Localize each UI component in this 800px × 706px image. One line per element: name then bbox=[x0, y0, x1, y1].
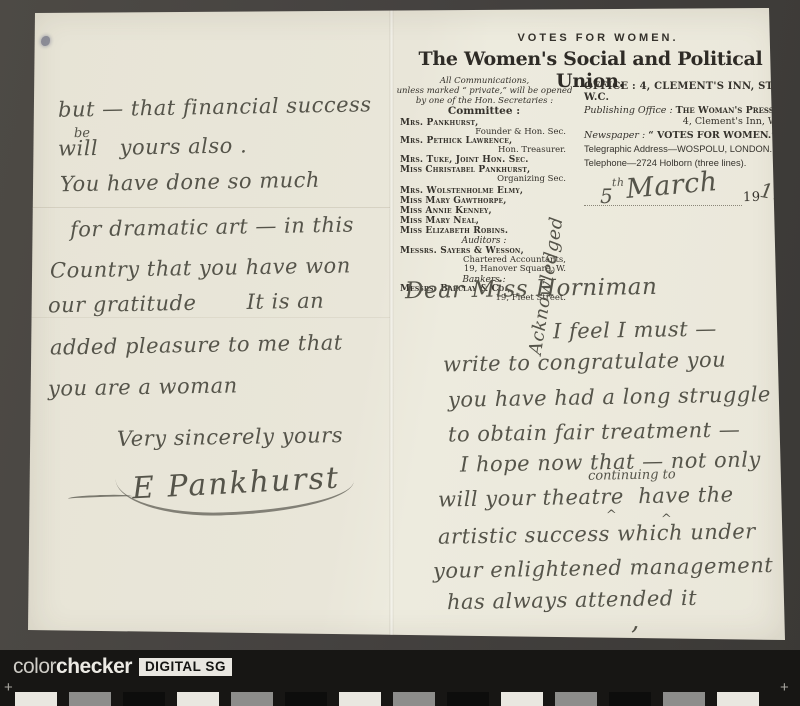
signature-pen-stroke bbox=[68, 494, 132, 501]
handwritten-line: Country that you have won bbox=[50, 253, 351, 282]
color-patch-gray bbox=[555, 692, 597, 706]
color-patch-white bbox=[15, 692, 57, 706]
handwritten-line: but — that financial success bbox=[58, 92, 372, 121]
committee-member-name: Miss Mary Gawthorpe, bbox=[400, 197, 568, 206]
communications-note-line: All Communications, bbox=[392, 76, 577, 86]
crease-line bbox=[28, 317, 390, 319]
communications-note: All Communications, unless marked “ priv… bbox=[392, 76, 577, 106]
handwritten-line: has always attended it bbox=[447, 586, 697, 614]
handwritten-line: I feel I must — bbox=[553, 317, 717, 344]
handwritten-line: your enlightened management bbox=[433, 553, 774, 583]
color-patch-gray bbox=[69, 692, 111, 706]
inserted-words-continuing-to: continuing to bbox=[588, 467, 676, 484]
signature-flourish bbox=[115, 464, 354, 519]
colorchecker-brand-bold: checker bbox=[56, 655, 132, 679]
handwritten-line: you have had a long struggle bbox=[448, 382, 771, 412]
publishing-office-name: The Woman's Press, bbox=[676, 105, 778, 116]
photograph: but — that financial success will yours … bbox=[0, 0, 800, 706]
color-patch-black bbox=[123, 692, 165, 706]
valediction: Very sincerely yours bbox=[117, 423, 343, 451]
colorchecker-strip: colorchecker DIGITAL SG + + bbox=[0, 650, 800, 706]
color-patch-white bbox=[501, 692, 543, 706]
registration-cross-right: + bbox=[780, 679, 789, 696]
committee-member-role: Hon. Treasurer. bbox=[400, 146, 568, 155]
handwritten-line: will your theatre have the bbox=[438, 482, 734, 511]
handwritten-line: added pleasure to me that bbox=[50, 330, 343, 359]
color-patch-black bbox=[447, 692, 489, 706]
committee-member-name: Mrs. Tuke, Joint Hon. Sec. bbox=[400, 156, 568, 165]
inserted-word-be: be bbox=[74, 126, 90, 141]
registration-cross-left: + bbox=[4, 679, 13, 696]
handwritten-line: to obtain fair treatment — bbox=[448, 417, 741, 446]
color-patch-black bbox=[285, 692, 327, 706]
handwritten-line: write to congratulate you bbox=[443, 348, 727, 377]
color-patch-white bbox=[339, 692, 381, 706]
colorchecker-brand-light: color bbox=[13, 655, 56, 679]
color-patch-gray bbox=[663, 692, 705, 706]
committee-member-name: Mrs. Wolstenholme Elmy, bbox=[400, 187, 568, 196]
colorchecker-logo: colorchecker DIGITAL SG bbox=[13, 655, 232, 679]
handwritten-line: artistic success which under bbox=[438, 519, 756, 549]
salutation: Dear Miss Horniman bbox=[405, 274, 658, 304]
date-line: 5 th March 19 11 bbox=[584, 176, 800, 208]
motto: VOTES FOR WOMEN. bbox=[468, 32, 728, 44]
color-patch-white bbox=[177, 692, 219, 706]
office-address: OFFICE : 4, CLEMENT'S INN, STRAND, W.C. bbox=[584, 81, 800, 103]
communications-note-line: unless marked “ private,” will be opened bbox=[392, 86, 577, 96]
color-patch-gray bbox=[393, 692, 435, 706]
colorchecker-variant-badge: DIGITAL SG bbox=[139, 658, 232, 676]
publishing-office-label: Publishing Office : bbox=[584, 105, 673, 116]
color-patch-white bbox=[717, 692, 759, 706]
telegraphic-address: Telegraphic Address—WOSPOLU, LONDON. bbox=[584, 144, 800, 155]
handwritten-line: for dramatic art — in this bbox=[70, 213, 354, 242]
committee-member-role: Organizing Sec. bbox=[400, 175, 568, 184]
publishing-office-address: 4, Clement's Inn, W.C. bbox=[584, 116, 800, 127]
handwritten-line: you are a woman bbox=[48, 373, 238, 400]
committee-member-role: Founder & Hon. Sec. bbox=[400, 128, 568, 137]
color-patch-gray bbox=[231, 692, 273, 706]
ink-blot bbox=[41, 36, 50, 46]
committee-member-name: Miss Mary Neal, bbox=[400, 217, 568, 226]
handwritten-line: our gratitude It is an bbox=[48, 289, 325, 318]
date-day-suffix: th bbox=[612, 176, 625, 189]
letter-sheet: but — that financial success will yours … bbox=[28, 8, 785, 642]
publishing-info: Publishing Office : The Woman's Press, 4… bbox=[584, 105, 800, 169]
color-patch-black bbox=[609, 692, 651, 706]
handwritten-line: You have done so much bbox=[60, 168, 320, 197]
patch-row bbox=[15, 692, 759, 706]
handwritten-comma: , bbox=[631, 606, 640, 636]
date-month: March bbox=[625, 166, 719, 205]
newspaper-label: Newspaper : bbox=[584, 130, 645, 141]
date-year-handwritten: 11 bbox=[758, 178, 788, 206]
newspaper-name: “ VOTES FOR WOMEN.” bbox=[648, 130, 777, 141]
committee-heading: Committee : bbox=[400, 107, 568, 116]
crease-line bbox=[28, 207, 390, 209]
committee-member-name: Miss Annie Kenney, bbox=[400, 207, 568, 216]
